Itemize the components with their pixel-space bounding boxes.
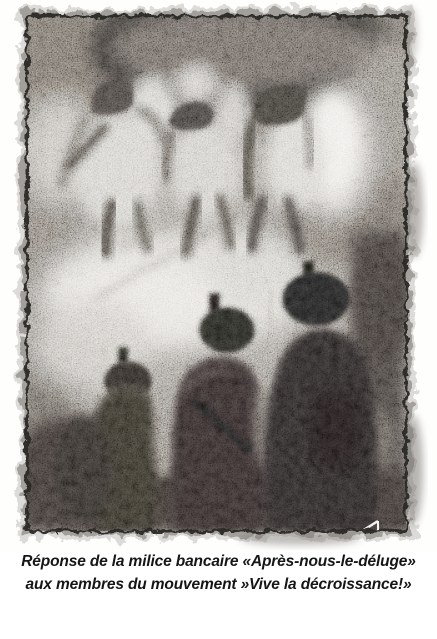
caption-line-1: Réponse de la milice bancaire «Après-nou… [0, 551, 437, 574]
scanned-page: Réponse de la milice bancaire «Après-nou… [0, 0, 437, 639]
charcoal-artwork: Réponse de la milice bancaire «Après-nou… [0, 0, 437, 553]
drawing-interior [0, 0, 437, 550]
caption: Réponse de la milice bancaire «Après-nou… [0, 551, 437, 596]
charcoal-drawing [0, 0, 437, 553]
caption-line-2: aux membres du mouvement »Vive la décroi… [0, 574, 437, 597]
grain-texture-coarse [10, 2, 428, 550]
